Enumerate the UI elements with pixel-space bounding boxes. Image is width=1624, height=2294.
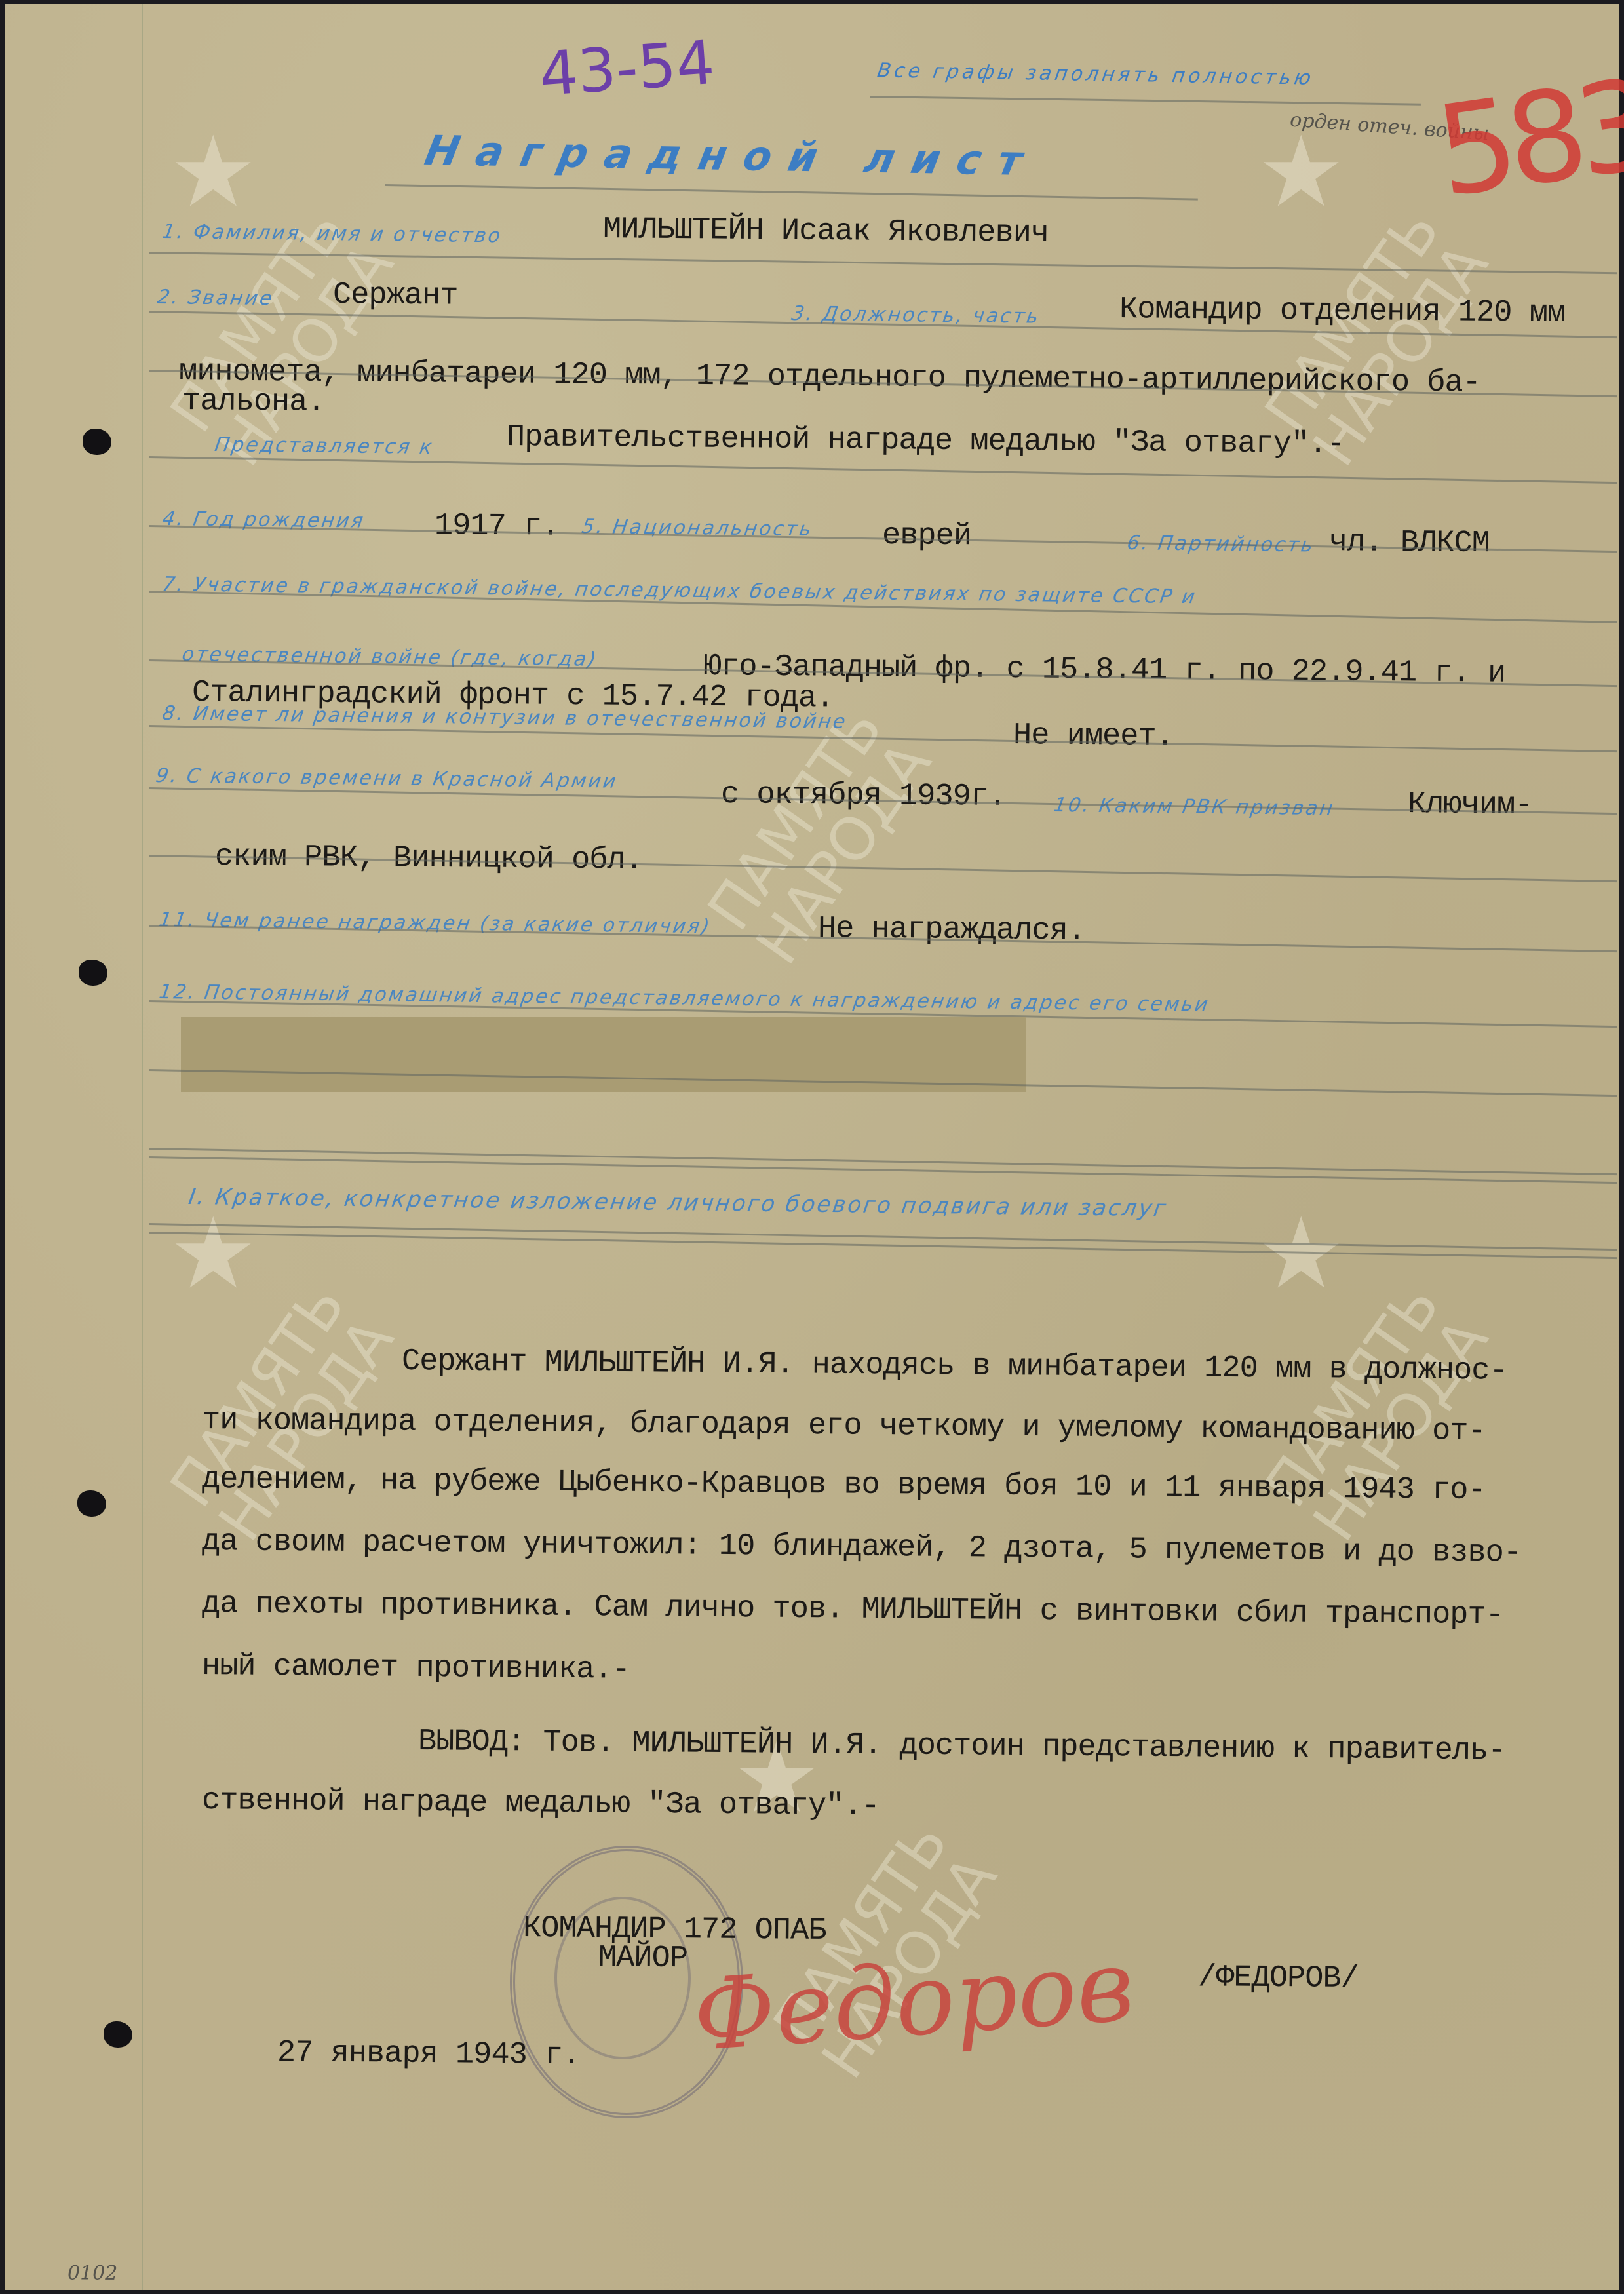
rule xyxy=(149,456,1617,484)
narrative-line: да пехоты противника. Сам лично тов. МИЛ… xyxy=(202,1587,1503,1633)
field-name-value: МИЛЬШТЕЙН Исаак Яковлевич xyxy=(603,212,1049,251)
field-rank-value: Сержант xyxy=(333,278,458,314)
document-title: Наградной лист xyxy=(421,126,1043,185)
punch-hole xyxy=(77,1490,106,1517)
rule xyxy=(385,184,1198,201)
punch-hole xyxy=(83,429,111,455)
narrative-line: ти командира отделения, благодаря его че… xyxy=(202,1403,1486,1449)
section-heading: I. Краткое, конкретное изложение личного… xyxy=(187,1184,1169,1222)
nomination-value: Правительственной награде медалью "За от… xyxy=(507,420,1345,462)
fill-instruction: Все графы заполнять полностью xyxy=(876,59,1316,90)
registration-number: 583 xyxy=(1428,52,1624,225)
star-watermark-icon: ★ xyxy=(169,1197,257,1311)
nomination-label: Представляется к xyxy=(213,433,435,459)
field-birth-year-value: 1917 г. xyxy=(435,509,560,545)
field-position-value: Командир отделения 120 мм xyxy=(1119,292,1566,331)
field-name-label: 1. Фамилия, имя и отчество xyxy=(161,220,503,247)
narrative-line: ный самолет противника.- xyxy=(202,1649,630,1688)
rule xyxy=(870,96,1421,106)
margin-line xyxy=(142,4,143,2290)
field-wounds-value: Не имеет. xyxy=(1013,718,1174,754)
field-draft-office-value: Ключим- xyxy=(1408,787,1533,823)
corner-note: 0102 xyxy=(68,2262,117,2285)
narrative-line: да своим расчетом уничтожил: 10 блиндаже… xyxy=(202,1525,1522,1571)
field-position-value: тальона. xyxy=(182,384,325,420)
archive-number: 43-54 xyxy=(537,28,717,109)
field-previous-awards-value: Не награждался. xyxy=(818,912,1086,949)
field-party-value: чл. ВЛКСМ xyxy=(1329,525,1490,561)
field-rank-label: 2. Звание xyxy=(155,286,275,310)
field-service-start-value: с октября 1939г. xyxy=(721,777,1007,815)
punch-hole xyxy=(79,960,107,986)
redacted-address xyxy=(181,1017,1026,1092)
star-watermark-icon: ★ xyxy=(169,115,257,229)
signatory-rank: МАЙОР xyxy=(598,1941,687,1976)
signatory-name: /ФЕДОРОВ/ xyxy=(1198,1960,1359,1996)
field-nationality-value: еврей xyxy=(882,518,971,554)
award-sheet: ★ ★ ★ ★ ★ ПАМЯТЬ НАРОДА ПАМЯТЬ НАРОДА ПА… xyxy=(5,4,1619,2290)
punch-hole xyxy=(104,2021,132,2048)
conclusion-line: ственной награде медалью "За отвагу".- xyxy=(202,1783,880,1824)
document-date: 27 января 1943 г. xyxy=(277,2036,581,2073)
conclusion-line: ВЫВОД: Тов. МИЛЬШТЕЙН И.Я. достоин предс… xyxy=(418,1724,1506,1768)
handwritten-signature: Федоров xyxy=(690,1929,1138,2073)
